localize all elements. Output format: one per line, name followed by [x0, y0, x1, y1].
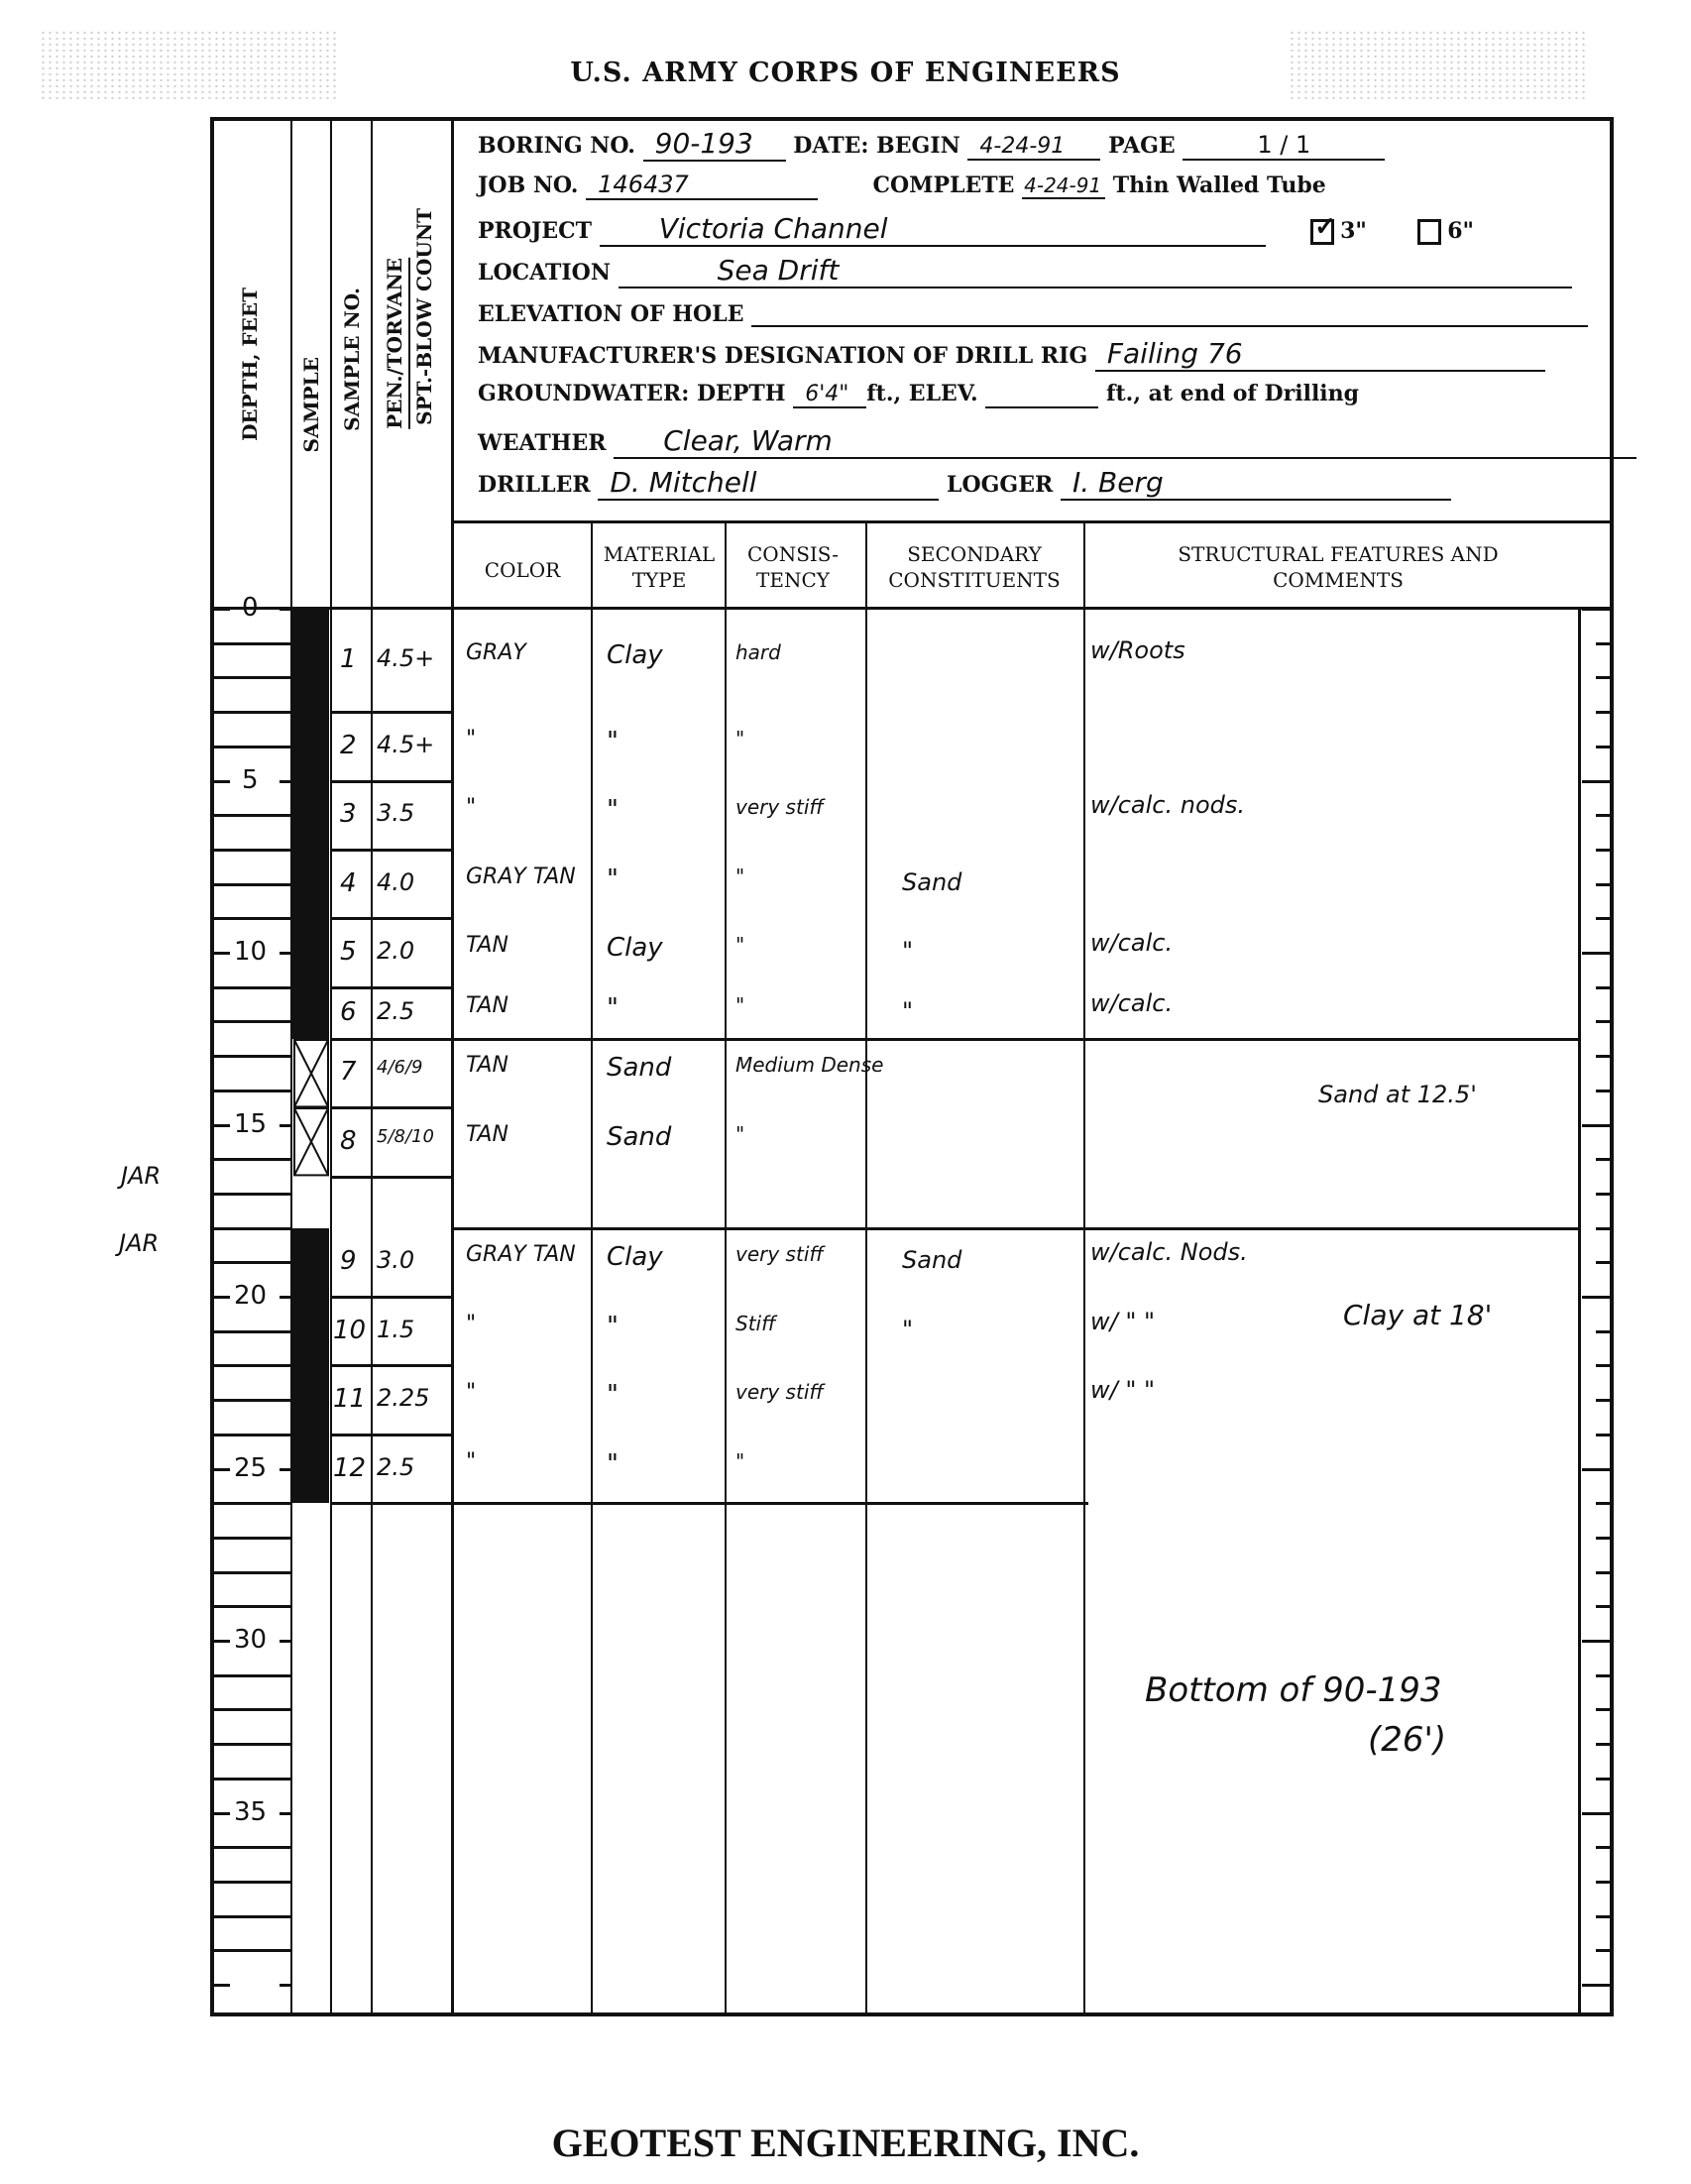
pen-value: 2.25	[377, 1384, 429, 1412]
secondary-value: "	[902, 1316, 913, 1343]
consistency-value: "	[735, 993, 744, 1017]
depth-tick	[214, 917, 290, 920]
depth-tick	[280, 1468, 291, 1471]
driller-field[interactable]: D. Mitchell	[598, 466, 939, 501]
material-value: "	[607, 1312, 619, 1341]
structural-column-header: STRUCTURAL FEATURES AND COMMENTS	[1170, 541, 1507, 593]
scale-tick	[1582, 608, 1612, 611]
scale-tick	[1582, 1984, 1612, 1987]
jar-label: JAR	[119, 1229, 159, 1257]
date-begin-field[interactable]: 4-24-91	[967, 134, 1100, 161]
depth-tick	[214, 1881, 290, 1884]
sample-row-divider	[331, 986, 452, 989]
color-value: TAN	[466, 1122, 508, 1147]
consistency-value: Stiff	[735, 1312, 776, 1335]
depth-tick	[214, 1915, 290, 1918]
scale-tick	[1596, 642, 1612, 645]
scale-tick	[1596, 1399, 1612, 1402]
bottom-of-boring-note: Bottom of 90-193	[1145, 1670, 1442, 1710]
depth-label: 5	[242, 765, 259, 795]
sample-row-divider	[331, 1176, 452, 1179]
rig-field[interactable]: Failing 76	[1095, 337, 1545, 372]
depth-tick	[214, 952, 230, 955]
boring-no-label: BORING NO.	[478, 133, 635, 159]
boring-no-field[interactable]: 90-193	[643, 127, 786, 162]
depth-tick	[214, 1846, 290, 1849]
color-value: GRAY TAN	[466, 864, 576, 889]
scale-tick	[1596, 917, 1612, 920]
groundwater-label: GROUNDWATER: DEPTH	[478, 381, 786, 406]
material-value: Clay	[607, 640, 663, 670]
sample-row-divider	[331, 1106, 452, 1109]
material-value: Clay	[607, 933, 663, 963]
secondary-value: Sand	[902, 868, 961, 896]
col-divider	[330, 119, 332, 2014]
sample-no: 12	[333, 1453, 366, 1483]
sample-no: 9	[340, 1246, 357, 1276]
depth-label: 20	[234, 1281, 267, 1311]
scale-tick	[1596, 1055, 1612, 1058]
weather-label: WEATHER	[478, 430, 607, 456]
scale-tick	[1596, 1846, 1612, 1849]
page-label: PAGE	[1108, 133, 1176, 159]
color-value: "	[466, 1312, 476, 1336]
sample-row-divider	[331, 917, 452, 920]
header-row-location: LOCATION Sea Drift	[478, 254, 1572, 288]
depth-label: 35	[234, 1797, 267, 1827]
depth-tick	[280, 1640, 291, 1643]
depth-tick	[214, 1984, 230, 1987]
date-begin-label: DATE: BEGIN	[793, 133, 959, 159]
secondary-value: "	[902, 937, 913, 965]
pen-value: 4.5+	[377, 644, 434, 672]
depth-tick	[214, 1399, 290, 1402]
scale-tick	[1582, 1812, 1612, 1815]
clay-at-note: Clay at 18'	[1343, 1299, 1492, 1331]
scale-tick	[1596, 1020, 1612, 1023]
scale-tick	[1582, 780, 1612, 783]
header-row-weather: WEATHER Clear, Warm	[478, 424, 1636, 459]
col-divider	[725, 522, 727, 2014]
consistency-value: "	[735, 1122, 744, 1146]
sample-no: 1	[340, 644, 357, 674]
sand-at-note: Sand at 12.5'	[1318, 1081, 1477, 1108]
consistency-value: very stiff	[735, 795, 824, 819]
sample-no: 10	[333, 1316, 366, 1345]
pen-value: 3.0	[377, 1246, 414, 1274]
scale-tick	[1582, 1468, 1612, 1471]
job-no-field[interactable]: 146437	[586, 171, 818, 200]
secondary-value: "	[902, 997, 913, 1025]
scale-tick	[1596, 1915, 1612, 1918]
sample-no: 6	[340, 997, 357, 1027]
header-row-elevation: ELEVATION OF HOLE	[478, 297, 1588, 327]
consistency-value: "	[735, 933, 744, 957]
tube-3in-label: 3"	[1340, 218, 1367, 244]
complete-label: COMPLETE	[873, 172, 1015, 198]
depth-tick	[214, 642, 290, 645]
agency-title: U.S. ARMY CORPS OF ENGINEERS	[0, 57, 1691, 88]
scale-tick	[1596, 1330, 1612, 1333]
depth-tick	[214, 1812, 230, 1815]
sample-row-divider	[331, 1364, 452, 1367]
depth-tick	[214, 711, 290, 714]
scale-tick	[1596, 1502, 1612, 1505]
jar-label: JAR	[121, 1162, 161, 1190]
scale-tick	[1582, 1296, 1612, 1299]
secondary-column-header: SECONDARY CONSTITUENTS	[868, 541, 1080, 593]
depth-tick	[214, 1743, 290, 1746]
header-row-driller: DRILLER D. Mitchell LOGGER I. Berg	[478, 466, 1451, 501]
tube-sample-bar	[292, 1228, 329, 1504]
scale-tick	[1596, 986, 1612, 989]
page-field[interactable]: 1 / 1	[1183, 131, 1385, 161]
spt-blow-count-label: SPT.-BLOW COUNT	[412, 208, 436, 425]
depth-tick	[214, 1227, 290, 1230]
consistency-value: "	[735, 727, 744, 750]
scale-tick	[1596, 1158, 1612, 1161]
color-value: GRAY TAN	[466, 1242, 576, 1267]
scale-tick	[1596, 1193, 1612, 1196]
scale-tick	[1596, 1434, 1612, 1437]
depth-tick	[214, 608, 230, 611]
scale-tick	[1596, 1778, 1612, 1781]
depth-tick	[214, 1468, 230, 1471]
sample-row-divider	[331, 711, 452, 714]
sample-no-column-label: SAMPLE NO.	[340, 287, 364, 431]
job-no-label: JOB NO.	[478, 172, 578, 198]
scale-tick	[1596, 1364, 1612, 1367]
sample-no: 8	[340, 1126, 357, 1156]
col-divider	[451, 119, 454, 2014]
material-value: Sand	[607, 1053, 671, 1083]
depth-tick	[214, 1571, 290, 1574]
depth-tick	[280, 1984, 291, 1987]
scale-tick	[1596, 1881, 1612, 1884]
spt-sample-marker	[293, 1039, 329, 1107]
consistency-value: hard	[735, 640, 781, 664]
color-value: "	[466, 727, 476, 751]
col-divider	[290, 119, 292, 2014]
color-column-header: COLOR	[454, 557, 591, 583]
depth-tick	[214, 1708, 290, 1711]
x-mark-icon	[293, 1107, 329, 1176]
consistency-column-header: CONSIS- TENCY	[733, 541, 852, 593]
comments-value: w/ " "	[1090, 1308, 1155, 1335]
depth-tick	[214, 1158, 290, 1161]
sample-row-divider	[331, 1296, 452, 1299]
scale-tick	[1582, 1124, 1612, 1127]
scale-tick	[1596, 1708, 1612, 1711]
comments-value: w/calc. nods.	[1090, 791, 1245, 819]
driller-label: DRILLER	[478, 472, 591, 498]
pen-torvane-label: PEN./TORVANE	[383, 258, 410, 429]
depth-tick	[280, 952, 291, 955]
depth-tick	[280, 608, 291, 611]
sample-no: 2	[340, 731, 357, 760]
scale-tick	[1596, 1261, 1612, 1264]
comments-value: w/calc.	[1090, 929, 1173, 957]
consistency-value: very stiff	[735, 1380, 824, 1404]
stratum-line-sand	[454, 1038, 1578, 1041]
pen-value: 5/8/10	[377, 1126, 434, 1147]
header-row-job: JOB NO. 146437 COMPLETE 4-24-91 Thin Wal…	[478, 171, 1326, 200]
location-label: LOCATION	[478, 260, 611, 286]
gw-elev-label: ft., ELEV.	[866, 381, 978, 406]
header-row-groundwater: GROUNDWATER: DEPTH 6'4"ft., ELEV. ft., a…	[478, 381, 1359, 408]
pen-value: 2.5	[377, 1453, 414, 1481]
comments-value: w/ " "	[1090, 1376, 1155, 1404]
pen-value: 3.5	[377, 799, 414, 827]
comments-value: w/calc. Nods.	[1090, 1238, 1248, 1266]
company-footer: GEOTEST ENGINEERING, INC.	[0, 2120, 1691, 2166]
color-value: TAN	[466, 1053, 508, 1078]
consistency-value: "	[735, 1449, 744, 1473]
color-value: "	[466, 1380, 476, 1405]
depth-tick	[214, 746, 290, 748]
scale-tick	[1596, 849, 1612, 852]
scale-tick	[1582, 1640, 1612, 1643]
header-row-project: PROJECT Victoria Channel 3" 6"	[478, 212, 1474, 247]
rig-label: MANUFACTURER'S DESIGNATION OF DRILL RIG	[478, 343, 1087, 369]
sample-no: 5	[340, 937, 357, 967]
depth-tick	[214, 1055, 290, 1058]
secondary-value: Sand	[902, 1246, 961, 1274]
scale-tick	[1582, 952, 1612, 955]
sample-row-divider	[331, 780, 452, 783]
spt-sample-marker	[293, 1107, 329, 1176]
logger-field[interactable]: I. Berg	[1061, 466, 1451, 501]
sample-column-label: SAMPLE	[299, 357, 323, 452]
depth-tick	[280, 1296, 291, 1299]
project-label: PROJECT	[478, 218, 592, 244]
depth-label: 10	[234, 937, 267, 967]
header-row-rig: MANUFACTURER'S DESIGNATION OF DRILL RIG …	[478, 337, 1545, 372]
depth-tick	[214, 1537, 290, 1540]
material-value: Clay	[607, 1242, 663, 1272]
logger-label: LOGGER	[947, 472, 1053, 498]
depth-tick	[214, 1020, 290, 1023]
material-value: "	[607, 727, 619, 756]
sample-no: 4	[340, 868, 357, 898]
consistency-value: "	[735, 864, 744, 888]
depth-tick	[214, 883, 290, 886]
weather-field[interactable]: Clear, Warm	[614, 424, 1636, 459]
consistency-value: very stiff	[735, 1242, 824, 1266]
scale-tick	[1596, 1949, 1612, 1952]
material-value: "	[607, 795, 619, 825]
groundwater-depth-field[interactable]: 6'4"	[793, 382, 866, 408]
tube-3in-checkbox[interactable]	[1310, 219, 1334, 245]
col-divider	[591, 522, 593, 2014]
material-value: "	[607, 1380, 619, 1410]
pen-value: 1.5	[377, 1316, 414, 1343]
material-value: "	[607, 864, 619, 894]
scale-tick	[1596, 1090, 1612, 1092]
depth-tick	[280, 1812, 291, 1815]
tube-6in-label: 6"	[1447, 218, 1474, 244]
gw-end-label: ft., at end of Drilling	[1106, 381, 1359, 406]
stratum-line-clay	[454, 1227, 1578, 1230]
sample-no: 3	[340, 799, 357, 829]
project-field[interactable]: Victoria Channel	[600, 212, 1266, 247]
depth-tick	[214, 1949, 290, 1952]
depth-label: 30	[234, 1625, 267, 1655]
color-value: "	[466, 1449, 476, 1474]
depth-tick	[214, 1090, 290, 1092]
depth-tick	[214, 1674, 290, 1677]
sample-no: 11	[333, 1384, 366, 1414]
scale-tick	[1596, 746, 1612, 748]
material-column-header: MATERIAL TYPE	[595, 541, 724, 593]
depth-tick	[214, 986, 290, 989]
depth-label: 15	[234, 1109, 267, 1139]
elevation-field[interactable]	[751, 297, 1588, 327]
scale-tick	[1596, 1674, 1612, 1677]
depth-tick	[214, 676, 290, 679]
colhead-divider	[212, 607, 1612, 610]
depth-label: 0	[242, 593, 259, 623]
pen-value: 4/6/9	[377, 1057, 423, 1078]
depth-tick	[214, 1640, 230, 1643]
tube-6in-checkbox[interactable]	[1417, 219, 1441, 245]
col-divider	[865, 522, 867, 2014]
depth-column-label: DEPTH, FEET	[238, 287, 262, 441]
depth-tick	[214, 849, 290, 852]
sample-no: 7	[340, 1057, 357, 1087]
scale-tick	[1596, 1537, 1612, 1540]
tube-sample-bar	[292, 609, 329, 1039]
col-divider	[1083, 522, 1085, 2014]
comments-value: w/calc.	[1090, 989, 1173, 1017]
scale-tick	[1596, 1605, 1612, 1608]
material-value: "	[607, 1449, 619, 1479]
sample-row-divider	[331, 1502, 452, 1505]
consistency-value: Medium Dense	[735, 1053, 883, 1077]
scale-tick	[1596, 883, 1612, 886]
material-value: "	[607, 993, 619, 1023]
scale-tick	[1596, 1743, 1612, 1746]
comments-value: w/Roots	[1090, 636, 1185, 664]
scale-tick	[1596, 1571, 1612, 1574]
color-value: "	[466, 795, 476, 820]
pen-value: 2.5	[377, 997, 414, 1025]
depth-tick	[214, 1261, 290, 1264]
bottom-depth-note: (26')	[1368, 1720, 1446, 1760]
scale-divider	[1578, 607, 1581, 2014]
pen-value: 4.0	[377, 868, 414, 896]
material-value: Sand	[607, 1122, 671, 1152]
depth-tick	[214, 1124, 230, 1127]
pen-value: 4.5+	[377, 731, 434, 758]
color-value: GRAY	[466, 640, 526, 665]
pen-value: 2.0	[377, 937, 414, 965]
sample-row-divider	[331, 849, 452, 852]
depth-tick	[214, 1330, 290, 1333]
scale-tick	[1596, 1227, 1612, 1230]
bottom-of-boring-line	[454, 1502, 1088, 1505]
depth-tick	[214, 814, 290, 817]
sample-row-divider	[331, 1038, 452, 1041]
scale-tick	[1596, 676, 1612, 679]
depth-tick	[214, 1193, 290, 1196]
depth-tick	[214, 780, 230, 783]
depth-tick	[214, 1605, 290, 1608]
depth-label: 25	[234, 1453, 267, 1483]
color-value: TAN	[466, 993, 508, 1018]
date-complete-field[interactable]: 4-24-91	[1022, 173, 1105, 199]
scale-tick	[1596, 711, 1612, 714]
x-mark-icon	[293, 1039, 329, 1107]
elevation-label: ELEVATION OF HOLE	[478, 301, 743, 327]
color-value: TAN	[466, 933, 508, 958]
scale-tick	[1596, 814, 1612, 817]
tube-label: Thin Walled Tube	[1113, 172, 1326, 198]
depth-tick	[214, 1434, 290, 1437]
depth-tick	[280, 780, 291, 783]
groundwater-elev-field[interactable]	[985, 381, 1098, 408]
col-divider	[371, 119, 373, 2014]
depth-tick	[214, 1296, 230, 1299]
depth-tick	[214, 1778, 290, 1781]
depth-tick	[214, 1364, 290, 1367]
depth-tick	[280, 1124, 291, 1127]
location-field[interactable]: Sea Drift	[619, 254, 1572, 288]
header-row-boring: BORING NO. 90-193 DATE: BEGIN 4-24-91 PA…	[478, 127, 1385, 162]
depth-tick	[214, 1502, 290, 1505]
header-divider	[453, 520, 1613, 523]
sample-row-divider	[331, 1434, 452, 1437]
